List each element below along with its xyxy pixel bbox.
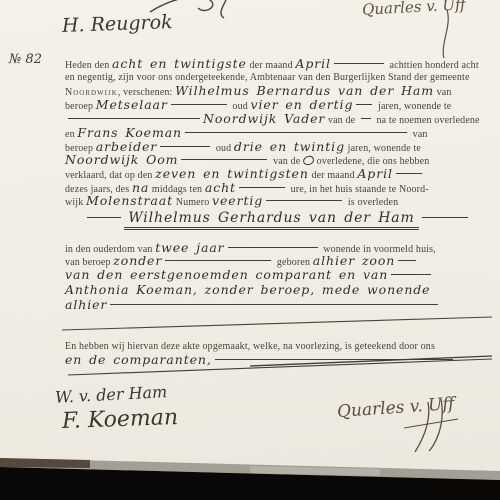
handwritten-entry: Molenstraat bbox=[86, 193, 173, 208]
printed-text: der maand bbox=[309, 170, 358, 181]
handwritten-entry: April bbox=[357, 166, 393, 181]
ruled-line bbox=[266, 200, 342, 202]
ruled-line bbox=[165, 260, 271, 262]
document-line: Anthonia Koeman, zonder beroep, mede won… bbox=[65, 283, 490, 298]
ruled-line bbox=[356, 104, 372, 106]
ruled-line bbox=[239, 187, 285, 189]
handwritten-entry: alhier bbox=[65, 297, 107, 312]
handwritten-entry: Metselaar bbox=[96, 97, 168, 112]
handwritten-entry: Wilhelmus Bernardus van der Ham bbox=[175, 83, 434, 98]
ruled-line bbox=[68, 118, 200, 120]
document-line: van den eerstgenoemden comparant en van bbox=[65, 268, 490, 283]
ruled-line bbox=[396, 173, 422, 175]
handwritten-entry: April bbox=[295, 56, 331, 71]
document-line: wijk Molenstraat Numero veertig is overl… bbox=[65, 194, 490, 209]
handwritten-entry: drie en twintig bbox=[234, 139, 345, 154]
ruled-line bbox=[228, 247, 318, 249]
handwritten-entry: vier en dertig bbox=[251, 97, 354, 112]
page-edge-and-background bbox=[0, 450, 500, 500]
signature-clerk-top: H. Reugrok bbox=[62, 11, 173, 37]
handwritten-entry: en de comparanten, bbox=[65, 352, 212, 367]
handwritten-entry: veertig bbox=[212, 193, 263, 208]
ink-blot bbox=[302, 155, 315, 166]
handwritten-entry: van den eerstgenoemden comparant en van bbox=[65, 267, 388, 282]
signature-declarant-2: F. Koeman bbox=[62, 405, 179, 434]
handwritten-entry: Noordwijk Vader bbox=[203, 111, 325, 126]
handwritten-entry: acht en twintigste bbox=[112, 56, 247, 71]
printed-text: en negentig, zijn voor ons ondergeteeken… bbox=[65, 72, 470, 83]
ruled-line bbox=[391, 274, 431, 276]
document-line: Heden den acht en twintigste der maand A… bbox=[65, 57, 490, 72]
printed-text: van bbox=[434, 87, 452, 98]
printed-text: achttien honderd acht bbox=[387, 60, 479, 71]
ruled-line bbox=[185, 132, 407, 134]
ruled-line bbox=[171, 104, 227, 106]
handwritten-entry: Noordwijk Oom bbox=[65, 152, 178, 167]
printed-text: van bbox=[410, 129, 428, 140]
death-certificate-page: H. Reugrok Quarles v. Uff № 82 Heden den… bbox=[0, 0, 500, 500]
document-line: Wilhelmus Gerhardus van der Ham bbox=[65, 212, 490, 226]
handwritten-entry: Anthonia Koeman, zonder beroep, mede won… bbox=[65, 282, 430, 297]
act-number: № 82 bbox=[9, 52, 42, 67]
ruled-line bbox=[110, 304, 438, 306]
printed-text: wijk bbox=[65, 197, 86, 208]
ruled-line bbox=[422, 217, 468, 219]
printed-text: jaren, wonende te bbox=[375, 101, 451, 112]
printed-text: van de bbox=[325, 115, 358, 126]
handwritten-entry: alhier zoon bbox=[313, 253, 395, 268]
handwritten-entry: twee jaar bbox=[155, 240, 224, 255]
printed-text: der maand bbox=[247, 60, 296, 71]
ruled-line bbox=[334, 63, 384, 65]
document-line: en de comparanten, bbox=[65, 353, 490, 368]
ruled-line bbox=[398, 260, 416, 262]
deceased-name: Wilhelmus Gerhardus van der Ham bbox=[124, 210, 418, 230]
ruled-line bbox=[215, 359, 453, 361]
document-line: alhier bbox=[65, 298, 490, 313]
ruled-line bbox=[361, 118, 371, 120]
document-line: verklaard, dat op den zeven en twintigst… bbox=[65, 167, 490, 182]
printed-text: En hebben wij hiervan deze akte opgemaak… bbox=[65, 341, 435, 352]
ruled-line bbox=[160, 146, 210, 148]
ruled-line bbox=[181, 159, 267, 161]
signature-declarant-1: W. v. der Ham bbox=[55, 382, 168, 407]
handwritten-entry: Frans Koeman bbox=[77, 125, 182, 140]
printed-text: Heden den bbox=[65, 60, 112, 71]
printed-text: na te noemen overledene bbox=[374, 115, 480, 126]
handwritten-entry: zonder bbox=[113, 253, 162, 268]
handwritten-entry: zeven en twintigsten bbox=[155, 166, 309, 181]
ruled-line bbox=[87, 217, 121, 219]
signature-registrar-bottom: Quarles v. Uff bbox=[336, 394, 455, 422]
printed-text: en bbox=[65, 129, 77, 140]
printed-text: beroep bbox=[65, 101, 96, 112]
signature-registrar-top: Quarles v. Uff bbox=[362, 0, 467, 19]
printed-text: Numero bbox=[173, 197, 212, 208]
printed-text: is overleden bbox=[345, 197, 398, 208]
